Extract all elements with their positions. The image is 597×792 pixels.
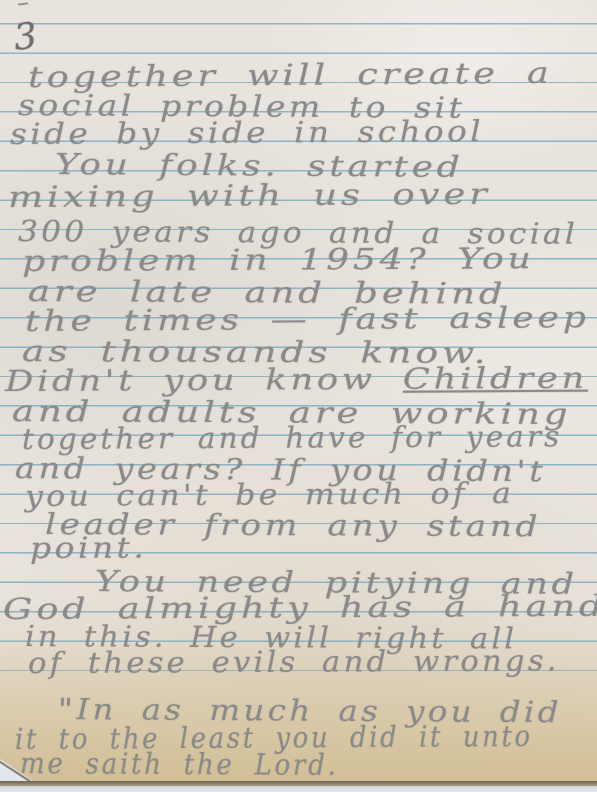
handwritten-line: side by side in school — [10, 114, 484, 151]
underlined-word: Children — [403, 361, 588, 396]
stray-pencil-mark — [18, 2, 28, 5]
handwritten-line: of these evils and wrongs. — [28, 643, 560, 680]
handwritten-text: Didn't you know — [5, 362, 403, 398]
handwritten-line: together and have for years — [22, 419, 563, 456]
handwritten-line: point. — [30, 530, 147, 565]
handwritten-line: the times — fast asleep — [25, 300, 590, 338]
notebook-page: 3 together will create a social problem … — [0, 0, 597, 792]
handwritten-line: problem in 1954? You — [22, 241, 535, 278]
handwritten-line: mixing with us over — [8, 177, 491, 214]
page-number: 3 — [12, 15, 42, 58]
scan-background-strip — [0, 786, 597, 792]
handwritten-line: Didn't you know Children — [5, 361, 588, 398]
handwritten-line: me saith the Lord. — [20, 746, 339, 782]
